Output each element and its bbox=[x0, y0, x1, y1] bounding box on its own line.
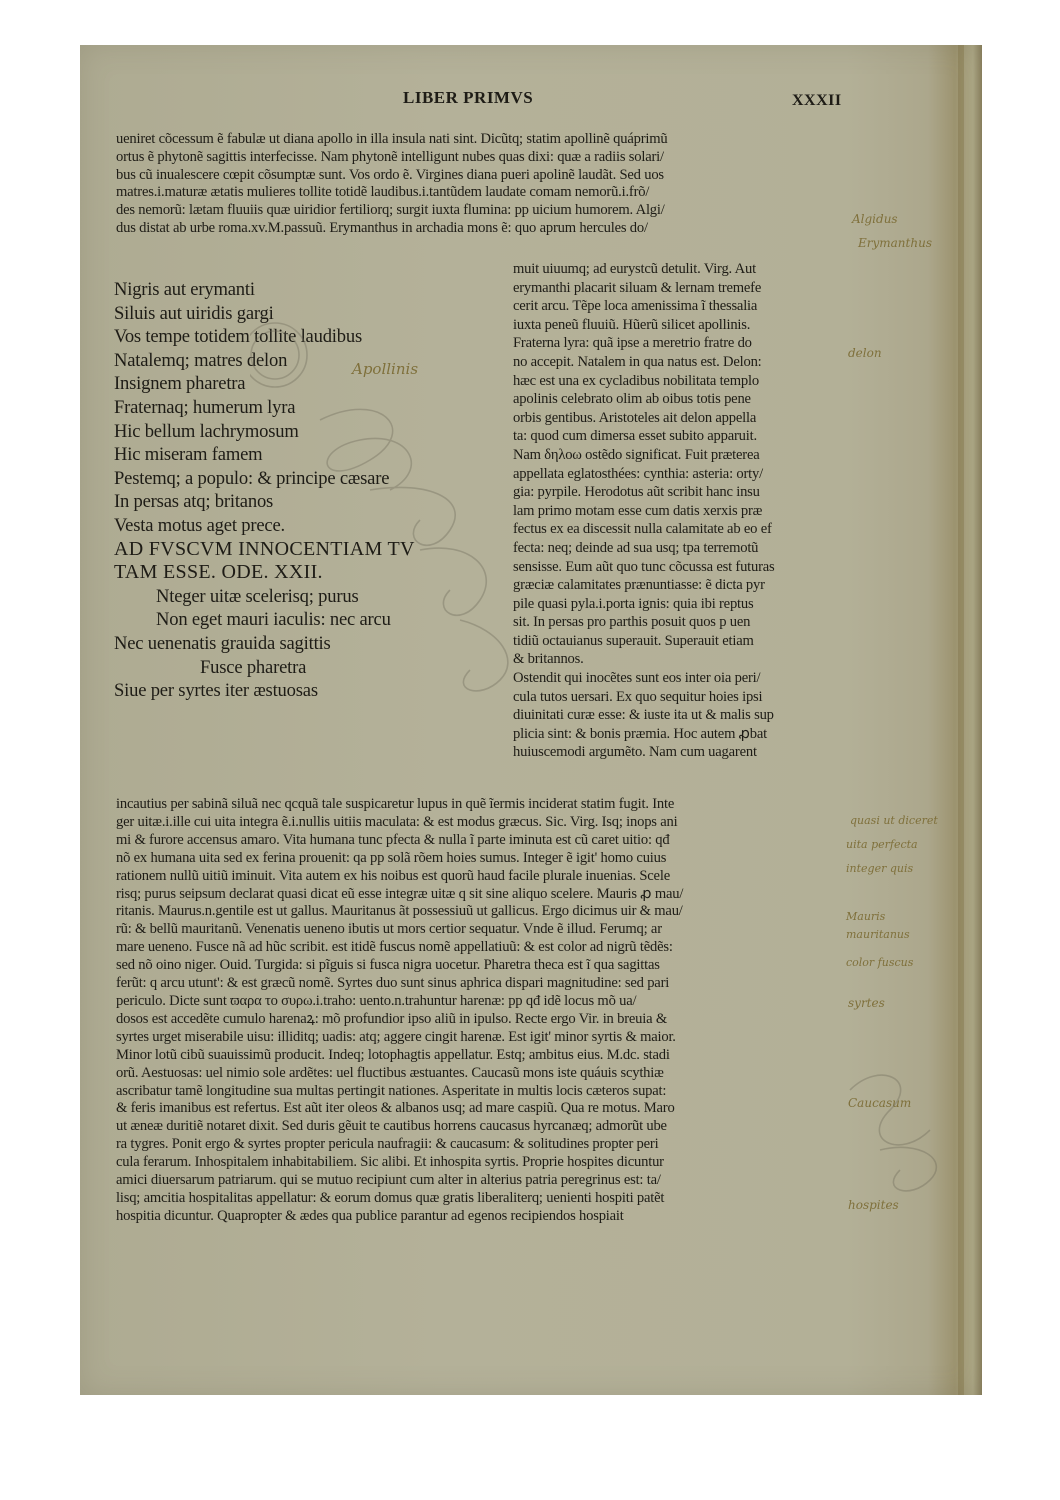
commentary-line: syrtes urget miserabile uisu: illiditq; … bbox=[116, 1029, 683, 1047]
commentary-line: Minor lotũ cibũ suauissimũ producit. Ind… bbox=[116, 1047, 683, 1065]
verse-line: Siluis aut uiridis gargi bbox=[114, 302, 415, 326]
commentary-line: Nam δηλοω ostẽdo significat. Fuit præter… bbox=[513, 446, 775, 465]
verse-line: In persas atq; britanos bbox=[114, 490, 415, 514]
commentary-line: amici diuersarum patriarum. qui se mutuo… bbox=[116, 1172, 683, 1190]
commentary-line: & feris imanibus est refertus. Est aũt i… bbox=[116, 1100, 683, 1118]
verse-line: Fraternaq; humerum lyra bbox=[114, 396, 415, 420]
commentary-line: rationem nullũ uitiũ iminuit. Vita autem… bbox=[116, 868, 683, 886]
commentary-line: ra tygres. Ponit ergo & syrtes propter p… bbox=[116, 1136, 683, 1154]
commentary-line: tidiũ octauianus superauit. Superauit et… bbox=[513, 632, 775, 651]
commentary-line: ferũt: q arcu utunt': & est græcũ nomẽ. … bbox=[116, 975, 683, 993]
commentary-line: dus distat ab urbe roma.xv.M.passuũ. Ery… bbox=[116, 220, 667, 238]
commentary-line: ueniret cõcessum ẽ fabulæ ut diana apoll… bbox=[116, 131, 667, 149]
commentary-line: rũ: & bellũ mauritanũ. Venenatis ueneno … bbox=[116, 921, 683, 939]
commentary-line: fectus ex ea discessit nulla calamitate … bbox=[513, 520, 775, 539]
commentary-line: plicia sint: & bonis præmia. Hoc autem ꝓ… bbox=[513, 725, 775, 744]
commentary-line: mi & furore accensus amaro. Vita humana … bbox=[116, 832, 683, 850]
marginal-note: Erymanthus bbox=[858, 236, 932, 250]
commentary-line: sed nõ oino niger. Ouid. Turgida: si pĩg… bbox=[116, 957, 683, 975]
commentary-line: orũ. Aestuosas: uel nimio sole ardẽtes: … bbox=[116, 1065, 683, 1083]
verse-line: Pestemq; a populo: & principe cæsare bbox=[114, 467, 415, 491]
commentary-line: orbis gentibus. Aristoteles ait delon ap… bbox=[513, 409, 775, 428]
commentary-line: cerit arcu. Tẽpe loca amenissima ĩ thess… bbox=[513, 297, 775, 316]
commentary-line: ritanis. Maurus.n.gentile est ut gallus.… bbox=[116, 903, 683, 921]
marginal-note: hospites bbox=[848, 1198, 899, 1212]
marginal-note: mauritanus bbox=[846, 928, 910, 941]
marginal-note: Mauris bbox=[846, 910, 885, 923]
commentary-line: & britannos. bbox=[513, 650, 775, 669]
commentary-line: dosos est accedẽte cumulo harenaꝝ: mõ pr… bbox=[116, 1011, 683, 1029]
commentary-line: lam primo motam esse cum datis xerxis pr… bbox=[513, 502, 775, 521]
ode-verse-line: Non eget mauri iaculis: nec arcu bbox=[114, 608, 415, 632]
commentary-line: mare ueneno. Fusce nã ad hũc scribit. es… bbox=[116, 939, 683, 957]
marginal-note: syrtes bbox=[848, 996, 885, 1010]
marginal-note: quasi ut diceret bbox=[850, 814, 938, 827]
commentary-line: lisq; amcitia hospitalitas appellatur: &… bbox=[116, 1190, 683, 1208]
commentary-line: fecta: neq; deinde ad sua usq; tpa terre… bbox=[513, 539, 775, 558]
ode-verse-line: Fusce pharetra bbox=[114, 656, 415, 680]
marginal-note: Apollinis bbox=[352, 360, 418, 378]
commentary-line: ortus ẽ phytonẽ sagittis interfecisse. N… bbox=[116, 149, 667, 167]
ode-title-line: TAM ESSE. ODE. XXII. bbox=[114, 561, 415, 585]
commentary-line: ta: quod cum dimersa esset subito apparu… bbox=[513, 427, 775, 446]
commentary-line: nõ ex humana uita sed ex ferina prouenit… bbox=[116, 850, 683, 868]
commentary-line: sensisse. Eum aũt quo tunc cõcussa est f… bbox=[513, 558, 775, 577]
marginal-note: delon bbox=[848, 346, 882, 360]
page-gutter-edge bbox=[958, 45, 964, 1395]
ode-verse-line: Siue per syrtes iter æstuosas bbox=[114, 679, 415, 703]
folio-number: XXXII bbox=[792, 92, 842, 110]
ode-verse-line: Nec uenenatis grauida sagittis bbox=[114, 632, 415, 656]
verse-line: Vesta motus aget prece. bbox=[114, 514, 415, 538]
commentary-line: muit uiuumq; ad eurystcũ detulit. Virg. … bbox=[513, 260, 775, 279]
commentary-line: diuinitati curæ esse: & iuste ita ut & m… bbox=[513, 706, 775, 725]
commentary-line: periculo. Dicte sunt ϖαρα το συρω.i.trah… bbox=[116, 993, 683, 1011]
commentary-line: cula tutos uersari. Ex quo sequitur hoie… bbox=[513, 688, 775, 707]
marginal-note: Caucasum bbox=[848, 1096, 911, 1110]
verse-line: Hic bellum lachrymosum bbox=[114, 420, 415, 444]
commentary-line: incautius per sabinã siluã nec qcquã tal… bbox=[116, 796, 683, 814]
commentary-line: iuxta peneũ fluuiũ. Hũerũ silicet apolli… bbox=[513, 316, 775, 335]
commentary-line: cula ferarum. Inhospitalem inhabitabilie… bbox=[116, 1154, 683, 1172]
commentary-line: des nemorũ: lætam fluuiis quæ uiridior f… bbox=[116, 202, 667, 220]
commentary-line: ut æneæ duritiẽ notaret dixit. Sed duris… bbox=[116, 1118, 683, 1136]
commentary-line: hospitia dicuntur. Quapropter & ædes qua… bbox=[116, 1208, 683, 1226]
commentary-top: ueniret cõcessum ẽ fabulæ ut diana apoll… bbox=[116, 131, 667, 238]
marginal-note: color fuscus bbox=[846, 956, 913, 969]
ode-verse-line: Nteger uitæ scelerisq; purus bbox=[114, 585, 415, 609]
commentary-line: Ostendit qui inocẽtes sunt eos inter oia… bbox=[513, 669, 775, 688]
commentary-line: appellata eglatosthées: cynthia: asteria… bbox=[513, 465, 775, 484]
commentary-line: hæc est una ex cycladibus nobilitata tem… bbox=[513, 372, 775, 391]
ode-title-line: AD FVSCVM INNOCENTIAM TV bbox=[114, 538, 415, 562]
verse-line: Vos tempe totidem tollite laudibus bbox=[114, 325, 415, 349]
commentary-line: Fraterna lyra: quã ipse a meretrio fratr… bbox=[513, 334, 775, 353]
commentary-line: græciæ calamitates prænuntiasse: ẽ dicta… bbox=[513, 576, 775, 595]
commentary-line: erymanthi placarit siluam & lernam treme… bbox=[513, 279, 775, 298]
commentary-line: gia: pyrpile. Herodotus aũt scribit hanc… bbox=[513, 483, 775, 502]
verse-line: Hic miseram famem bbox=[114, 443, 415, 467]
commentary-line: sit. In persas pro parthis posuit quos p… bbox=[513, 613, 775, 632]
marginal-note: Algidus bbox=[852, 212, 898, 226]
commentary-line: matres.i.maturæ ætatis mulieres tollite … bbox=[116, 184, 667, 202]
running-head: LIBER PRIMVS bbox=[403, 88, 533, 108]
commentary-line: huiuscemodi argumẽto. Nam cum uagarent bbox=[513, 743, 775, 762]
commentary-line: risq; purus seipsum declarat quasi dicat… bbox=[116, 886, 683, 904]
commentary-line: ascribatur tamẽ longitudine sua multas p… bbox=[116, 1083, 683, 1101]
marginal-note: integer quis bbox=[846, 862, 913, 875]
commentary-right-column: muit uiuumq; ad eurystcũ detulit. Virg. … bbox=[513, 260, 775, 762]
poem-verse-block: Nigris aut erymanti Siluis aut uiridis g… bbox=[114, 278, 415, 703]
commentary-line: pile quasi pyla.i.porta ignis: quia ibi … bbox=[513, 595, 775, 614]
verse-line: Nigris aut erymanti bbox=[114, 278, 415, 302]
commentary-line: no accepit. Natalem in qua natus est. De… bbox=[513, 353, 775, 372]
commentary-line: apolinis celebrato olim ab oibus totis p… bbox=[513, 390, 775, 409]
commentary-line: bus cũ inualescere cœpit cõsumptæ sunt. … bbox=[116, 167, 667, 185]
commentary-line: ger uitæ.i.ille cui uita integra ẽ.i.nul… bbox=[116, 814, 683, 832]
marginal-note: uita perfecta bbox=[846, 838, 918, 851]
commentary-bottom: incautius per sabinã siluã nec qcquã tal… bbox=[116, 796, 683, 1226]
